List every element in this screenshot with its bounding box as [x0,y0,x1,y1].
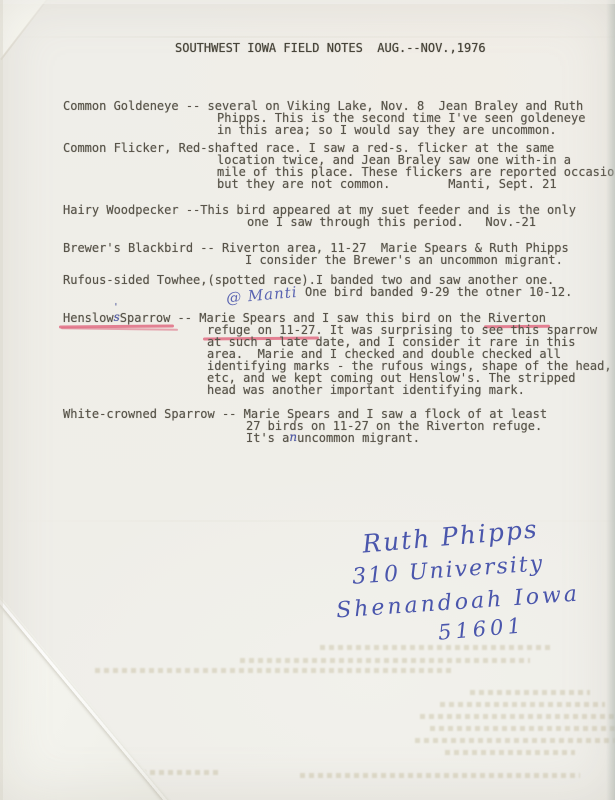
bleed-through-row [95,668,455,673]
typed-text: uncommon migrant. [297,431,420,445]
typed-line: one I saw through this period. Nov.-21 [247,216,536,229]
typed-line: Common Flicker, Red-shafted race. I saw … [63,142,554,155]
scan-edge-top [0,0,615,4]
bleed-through-row [440,702,605,707]
entry-hairy-woodpecker: Hairy Woodpecker --This bird appeared at… [0,0,615,800]
scan-vignette [0,0,615,800]
bleed-through-row [320,645,550,650]
typed-line: White-crowned Sparrow -- Marie Spears an… [63,408,547,421]
bottom-left-fold [0,596,170,800]
typed-line: HenslowsSparrow -- Marie Spears and I sa… [63,312,546,325]
typed-text: -- Marie Spears and I saw this bird on t… [170,311,488,325]
typed-line: refuge on 11-27. It was surprising to se… [207,324,597,337]
typed-text: Henslow [63,311,114,325]
typed-line: Phipps. This is the second time I've see… [217,112,585,125]
typed-line: area. Marie and I checked and double che… [207,348,561,361]
handwritten-n-insertion: n [289,430,297,444]
signature-zip: 51601 [437,613,526,644]
typed-line: etc, and we kept coming out Henslow's. T… [207,372,575,385]
entry-rufous-sided-towhee: Rufous-sided Towhee,(spotted race).I ban… [0,0,615,800]
typed-text: . It was surprising to see this sparrow [315,323,597,337]
typed-text: It's a [246,431,289,445]
typed-line: Brewer's Blackbird -- Riverton area, 11-… [63,242,569,255]
typed-line: mile of this place. These flickers are r… [217,166,615,179]
entry-white-crowned-sparrow: White-crowned Sparrow -- Marie Spears an… [0,0,615,800]
bleed-through-row [415,738,615,743]
typed-line: in this area; so I would say they are un… [217,124,557,137]
scan-edge-left [0,0,3,800]
handwritten-annotation-manti: @ Manti [225,283,298,307]
typed-line: at such a late date, and I consider it r… [207,336,575,349]
bleed-through-row [300,773,580,778]
typed-line: 27 birds on 11-27 on the Riverton refuge… [246,420,542,433]
entry-henslows-sparrow: HenslowsSparrow -- Marie Spears and I sa… [0,0,615,800]
handwritten-s-insertion: s [114,310,120,324]
document-title: SOUTHWEST IOWA FIELD NOTES AUG.--NOV.,19… [175,42,486,55]
typed-line: but they are not common. Manti, Sept. 21 [217,178,557,191]
scanned-document-page: SOUTHWEST IOWA FIELD NOTES AUG.--NOV.,19… [0,0,615,800]
typed-line: location twice, and Jean Braley saw one … [217,154,571,167]
typed-line: I consider the Brewer's an uncommon migr… [245,254,563,267]
typed-text: Sparrow [120,311,171,325]
bleed-through-row [470,690,590,695]
entry-brewers-blackbird: Brewer's Blackbird -- Riverton area, 11-… [0,0,615,800]
bleed-through-row [420,714,615,719]
red-underlined-riverton: Riverton [488,312,546,325]
entry-common-goldeneye: Common Goldeneye -- several on Viking La… [0,0,615,800]
typed-line: One bird banded 9-29 the otner 10-12. [305,286,572,299]
red-underlined-refuge-date: refuge on 11-27 [207,324,315,337]
scan-edge-right [606,0,615,800]
horizontal-crease [0,36,615,38]
entry-common-flicker: Common Flicker, Red-shafted race. I saw … [0,0,615,800]
typed-line: Hairy Woodpecker --This bird appeared at… [63,204,576,217]
bleed-through-row [445,750,575,755]
typed-line: head was another important identifying m… [207,384,525,397]
typed-line: Rufous-sided Towhee,(spotted race).I ban… [63,274,554,287]
typed-line: Common Goldeneye -- several on Viking La… [63,100,583,113]
typed-line: It's anuncommon migrant. [246,432,420,445]
bleed-through-row [430,726,615,731]
red-underlined-species-name: HenslowsSparrow [63,312,170,325]
bleed-through-row [240,658,530,663]
typed-line: identifying marks - the rufous wings, sh… [207,360,612,373]
